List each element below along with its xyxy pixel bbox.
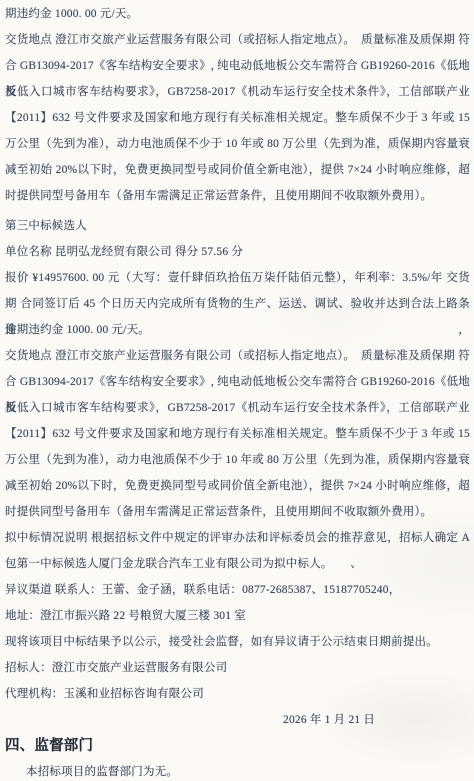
- objection-channel-line: 异议渠道 联系人：王蕾、金子涵，联系电话：0877-2685387、151877…: [5, 577, 470, 603]
- document-page: 期违约金 1000. 00 元/天。交货地点 澄江市交旅产业运营服务有限公司（或…: [0, 0, 474, 781]
- agency-line: 代理机构：玉溪和业招标咨询有限公司: [5, 681, 470, 707]
- candidate-name-score-line: 单位名称 昆明弘龙经贸有限公司 得分 57.56 分: [5, 239, 470, 265]
- text-line: 万公里（先到为准），动力电池质保不少于 10 年或 80 万公里（先到为准，质保…: [5, 131, 470, 157]
- text-line: 万公里（先到为准），动力电池质保不少于 10 年或 80 万公里（先到为准，质保…: [5, 447, 470, 473]
- text-line: 合 GB13094-2017《客车结构安全要求》, 纯电动低地板公交车需符合 G…: [5, 53, 470, 79]
- document-text-block: 期违约金 1000. 00 元/天。交货地点 澄江市交旅产业运营服务有限公司（或…: [0, 0, 474, 781]
- text-line: 时提供同型号备用车（备用车需满足正常运营条件，且使用期间不收取额外费用）。: [5, 499, 470, 525]
- text-line: 【2011】632 号文件要求及国家和地方现行有关标准相关规定。整车质保不少于 …: [5, 105, 470, 131]
- public-notice-line: 现将该项目中标结果予以公示，接受社会监督，如有异议请于公示结束日期前提出。: [5, 629, 470, 655]
- text-line: 减至初始 20%以下时，免费更换同型号或同价值全新电池），提供 7×24 小时响…: [5, 473, 470, 499]
- text-line: 交货地点 澄江市交旅产业运营服务有限公司（或招标人指定地点）。 质量标准及质保期…: [5, 343, 470, 369]
- text-line: 合 GB13094-2017《客车结构安全要求》, 纯电动低地板公交车需符合 G…: [5, 369, 470, 395]
- award-explanation-line: 拟中标情况说明 根据招标文件中规定的评审办法和评标委员会的推荐意见，招标人确定 …: [5, 525, 470, 551]
- text-line: 及低入口城市客车结构要求》，GB7258-2017《机动车运行安全技术条件》，工…: [5, 79, 470, 105]
- supervision-body-line: 本招标项目的监督部门为无。: [5, 759, 470, 781]
- proposed-winner-line: 包第一中标候选人厦门金龙联合汽车工业有限公司为拟中标人。 、: [5, 551, 470, 577]
- text-line: 减至初始 20%以下时，免费更换同型号或同价值全新电池），提供 7×24 小时响…: [5, 157, 470, 183]
- text-line: 交货地点 澄江市交旅产业运营服务有限公司（或招标人指定地点）。 质量标准及质保期…: [5, 27, 470, 53]
- section-heading-supervision: 四、监督部门: [5, 733, 470, 759]
- address-line: 地址：澄江市振兴路 22 号粮贸大厦三楼 301 室: [5, 603, 470, 629]
- text-line: 及低入口城市客车结构要求》，GB7258-2017《机动车运行安全技术条件》，工…: [5, 395, 470, 421]
- text-line: 期 合同签订后 45 个日历天内完成所有货物的生产、运送、调试、验收并达到合法上…: [5, 291, 470, 317]
- date-line: 2026 年 1 月 21 日: [5, 707, 470, 733]
- third-candidate-heading: 第三中标候选人: [5, 213, 470, 239]
- text-line: 时提供同型号备用车（备用车需满足正常运营条件，且使用期间不收取额外费用）。: [5, 183, 470, 209]
- bid-price-line: 报价 ¥14957600. 00 元（大写：壹仟肆佰玖拾伍万柒仟陆佰元整），年利…: [5, 265, 470, 291]
- text-line: 【2011】632 号文件要求及国家和地方现行有关标准相关规定。整车质保不少于 …: [5, 421, 470, 447]
- text-line: 期违约金 1000. 00 元/天。: [5, 1, 470, 27]
- tenderer-line: 招标人：澄江市交旅产业运营服务有限公司: [5, 655, 470, 681]
